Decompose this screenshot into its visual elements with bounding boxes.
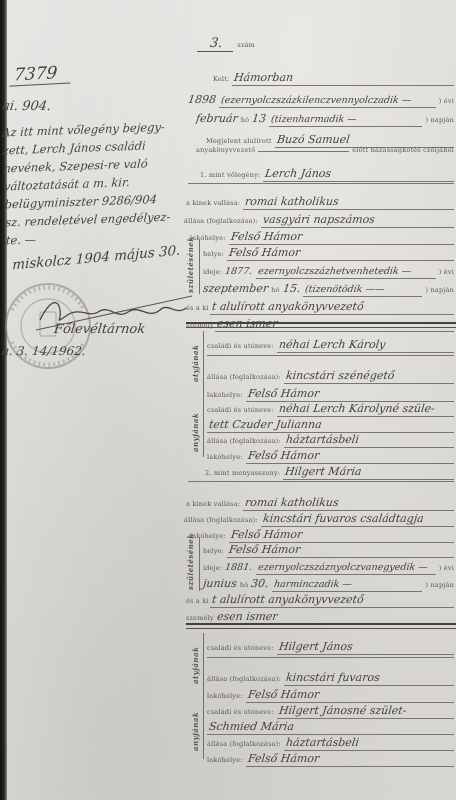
- lakohely-label: lakóhelye:: [207, 756, 243, 764]
- helye-label: helye:: [203, 547, 224, 555]
- groom-birthyear-line: ezernyolczszázhetvenhetedik —: [256, 259, 436, 279]
- year-value: 1898: [187, 93, 217, 106]
- groom-father-group-label: atyjának: [191, 334, 200, 392]
- field-groom-father-name: családi és utóneve: néhai Lerch Károly: [207, 333, 454, 353]
- groom-mother-group-label: anyjának: [191, 400, 200, 464]
- field-day: február hó 13 (tizenharmadik — ) napján: [196, 107, 454, 127]
- ideje-label: ideje:: [203, 564, 222, 572]
- field-bride-father-name: családi és utóneve: Hilgert János: [207, 635, 454, 655]
- margin-ref: ai. 904.: [1, 99, 52, 114]
- nev-label: családi és utóneve:: [207, 342, 274, 350]
- bride-father-group-label: atyjának: [191, 636, 200, 694]
- day-line: (tizenharmadik —: [269, 107, 422, 127]
- field-bride-name: 2. mint menyasszony: Hilgert Mária: [205, 460, 454, 480]
- helye-label: helye:: [203, 250, 224, 258]
- bride-mother-group-label: anyjának: [191, 702, 200, 760]
- vallas-label: a kinek vallása:: [186, 199, 240, 207]
- bride-known2-value: esen ismer: [216, 610, 278, 623]
- szuletesenek-label: születésének: [186, 538, 195, 590]
- margin-name-change-note: Az itt mint vőlegény bejegy- zett, Lerch…: [2, 117, 202, 250]
- kelt-value: Hámorban: [234, 71, 295, 84]
- bride-name-line: Hilgert Mária: [283, 460, 454, 480]
- groom-birthyear-value: 1877.: [225, 266, 254, 277]
- groom-birthday-text: (tizenötödik ——: [304, 284, 385, 295]
- napjan-label: ) napján: [425, 286, 454, 294]
- field-kelt: Kelt: Hámorban: [213, 66, 454, 86]
- field-groom-birthday: szeptember hó 15. (tizenötödik —— ) napj…: [203, 277, 454, 297]
- allas-label: állása (foglalkozása):: [207, 675, 281, 683]
- record-number-value: 3.: [197, 36, 235, 52]
- groom-name-value: Lerch János: [265, 167, 333, 180]
- groom-religion-line: romai katholikus: [243, 190, 454, 210]
- groom-birthday-line: (tizenötödik ——: [303, 277, 422, 297]
- day-value: 13: [251, 112, 267, 125]
- ho-label: hó: [271, 286, 280, 294]
- record-number-label: szám: [237, 41, 255, 49]
- groom-name-line: Lerch János: [263, 162, 454, 182]
- nev-label: családi és utóneve:: [207, 644, 274, 652]
- field-groom-birthplace: helye: Felső Hámor: [203, 241, 454, 261]
- esaki-label: és a ki: [186, 597, 209, 605]
- year-text: (ezernyolczszázkilenczvennyolczadik —: [220, 95, 412, 106]
- archivist-ref: a. 3. 14/1962.: [1, 344, 86, 358]
- field-groom-religion: a kinek vallása: romai katholikus: [186, 190, 454, 210]
- szemely-label: személy: [186, 614, 214, 622]
- groom-father-name-line: néhai Lerch Károly: [277, 333, 454, 353]
- birth-group-brace: [199, 537, 200, 591]
- allas-label: állása (foglalkozása):: [184, 217, 258, 225]
- section-separator: [186, 322, 456, 328]
- szuletesenek-label: születésének: [186, 241, 195, 293]
- groom-father-occupation-line: kincstári szénégető: [284, 364, 454, 384]
- bride-mother-residence-line: Felső Hámor: [246, 747, 454, 767]
- elott-label: előtt házasságkötés czéljából: [352, 146, 454, 154]
- bride-known2-line: esen ismer: [215, 605, 454, 625]
- day-text: (tizenharmadik —: [271, 114, 358, 125]
- year-line: (ezernyolczszázkilenczvennyolczadik —: [219, 88, 436, 108]
- record-number: 3. szám: [198, 36, 288, 52]
- month-value: február: [195, 112, 238, 125]
- evi-label: ) évi: [439, 268, 454, 276]
- blank-rule: [207, 657, 454, 658]
- field-year: 1898 (ezernyolczszázkilenczvennyolczadik…: [188, 88, 454, 108]
- groom-birthplace-line: Felső Hámor: [227, 241, 454, 261]
- groom-father-occupation-value: kincstári szénégető: [285, 369, 395, 382]
- registry-page: 3. szám 7379 ai. 904. Az itt mint vőlegé…: [0, 0, 456, 800]
- kelt-label: Kelt:: [213, 75, 229, 83]
- groom-father-name-value: néhai Lerch Károly: [278, 338, 386, 351]
- field-bride-known2: személy esen ismer: [186, 605, 454, 625]
- groom-birthmonth-value: szeptember: [202, 282, 269, 295]
- field-groom-father-occupation: állása (foglalkozása): kincstári szénége…: [207, 364, 454, 384]
- bride-label: 2. mint menyasszony:: [205, 469, 280, 477]
- anyakonyvvezeto-label: anyakönyvvezető: [196, 146, 255, 154]
- parents-group-brace: [203, 331, 204, 457]
- book-binding-edge: [0, 0, 7, 800]
- bride-mother-residence-value: Felső Hámor: [247, 752, 320, 765]
- allas-label: állása (foglalkozása):: [207, 373, 281, 381]
- kelt-line: Hámorban: [232, 66, 454, 86]
- margin-folio-number: 7379: [9, 62, 72, 86]
- section-separator: [186, 623, 456, 629]
- registrar-line: Buzó Samuel: [275, 128, 454, 148]
- bride-name-value: Hilgert Mária: [284, 465, 362, 478]
- field-bride-mother-residence: lakóhelye: Felső Hámor: [207, 747, 454, 767]
- megjelent-label: Megjelent alulírott: [206, 137, 272, 145]
- parents-group-brace: [203, 633, 204, 759]
- registrar-value: Buzó Samuel: [276, 133, 350, 146]
- ideje-label: ideje:: [203, 268, 222, 276]
- blank-rule: [188, 183, 454, 184]
- bride-father-name-line: Hilgert János: [277, 635, 454, 655]
- field-anyakonyvvezeto: anyakönyvvezető előtt házasságkötés czél…: [196, 146, 454, 154]
- evi-label: ) évi: [439, 564, 454, 572]
- groom-religion-value: romai katholikus: [244, 195, 339, 208]
- bride-father-name-value: Hilgert János: [278, 640, 353, 653]
- anyakonyvvezeto-line: [258, 151, 349, 152]
- napjan-label: ) napján: [425, 116, 454, 124]
- field-groom-name: 1. mint vőlegény: Lerch János: [200, 162, 454, 182]
- ho-label: hó: [241, 116, 250, 124]
- birth-group-brace: [199, 240, 200, 294]
- evi-label: ) évi: [439, 97, 454, 105]
- groom-birthplace-value: Felső Hámor: [228, 246, 301, 259]
- blank-rule: [188, 481, 454, 482]
- archivist-title: Főlevéltárnok: [53, 322, 146, 337]
- groom-birthyear-text: ezernyolczszázhetvenhetedik —: [257, 266, 412, 277]
- groom-label: 1. mint vőlegény:: [200, 171, 260, 179]
- blank-rule: [207, 355, 454, 356]
- field-registrar: Megjelent alulírott Buzó Samuel: [206, 128, 454, 148]
- groom-birthday-value: 15.: [282, 282, 301, 295]
- esaki-label: és a ki: [186, 304, 209, 312]
- field-groom-birthyear: ideje: 1877. ezernyolczszázhetvenhetedik…: [203, 259, 454, 279]
